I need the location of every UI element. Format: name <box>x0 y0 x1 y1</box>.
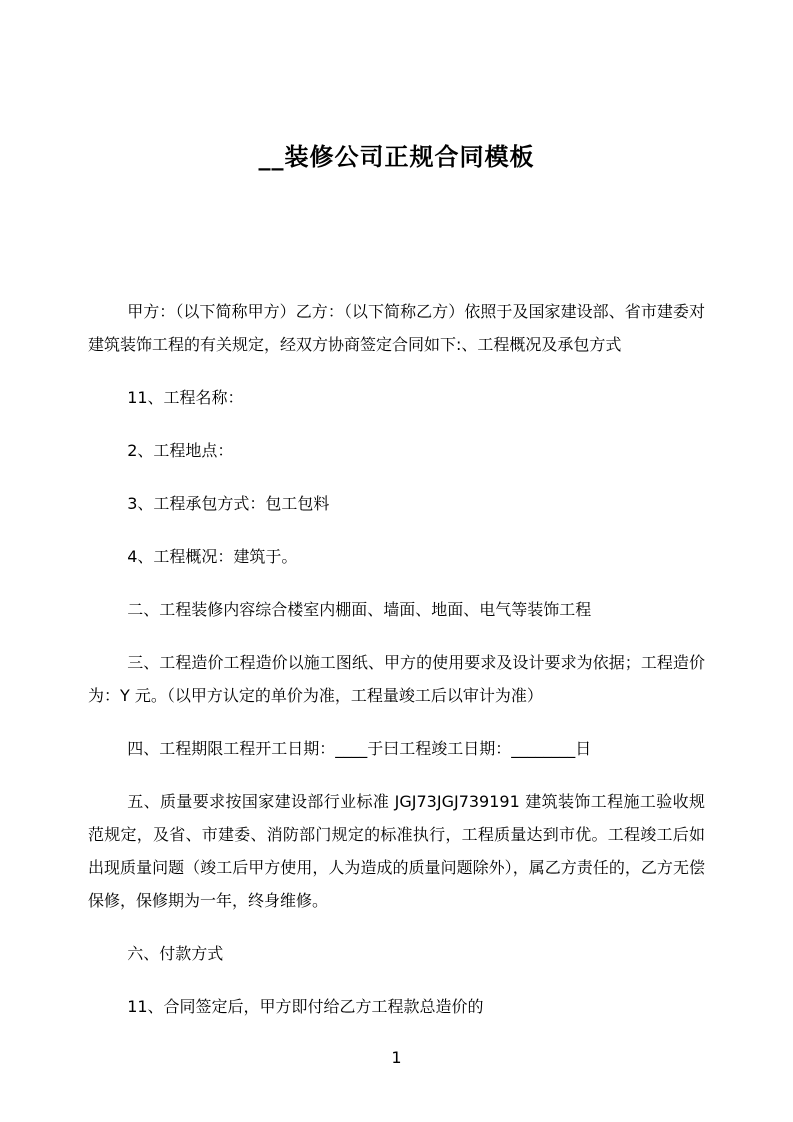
paragraph-payment-after-signing: 11、合同签定后，甲方即付给乙方工程款总造价的 <box>88 990 705 1023</box>
paragraph-project-overview: 4、工程概况：建筑于。 <box>88 540 705 573</box>
paragraph-quality-requirements: 五、质量要求按国家建设部行业标准 JGJ73JGJ739191 建筑装饰工程施工… <box>88 785 705 917</box>
paragraph-decoration-scope: 二、工程装修内容综合楼室内棚面、墙面、地面、电气等装饰工程 <box>88 593 705 626</box>
document-page: __装修公司正规合同模板 甲方：（以下简称甲方）乙方：（以下简称乙方）依照于及国… <box>0 0 793 1122</box>
paragraph-project-location: 2、工程地点： <box>88 434 705 467</box>
paragraph-project-duration: 四、工程期限工程开工日期：____于曰工程竣工日期：________日 <box>88 732 705 765</box>
paragraph-contract-mode: 3、工程承包方式：包工包料 <box>88 487 705 520</box>
paragraph-project-cost: 三、工程造价工程造价以施工图纸、甲方的使用要求及设计要求为依据；工程造价为：Y … <box>88 646 705 712</box>
paragraph-payment-method: 六、付款方式 <box>88 937 705 970</box>
document-title: __装修公司正规合同模板 <box>88 140 705 174</box>
page-number: 1 <box>0 1046 793 1070</box>
paragraph-intro: 甲方：（以下简称甲方）乙方：（以下简称乙方）依照于及国家建设部、省市建委对建筑装… <box>88 295 705 361</box>
document-content: __装修公司正规合同模板 甲方：（以下简称甲方）乙方：（以下简称乙方）依照于及国… <box>88 0 705 1023</box>
paragraph-project-name: 11、工程名称： <box>88 381 705 414</box>
